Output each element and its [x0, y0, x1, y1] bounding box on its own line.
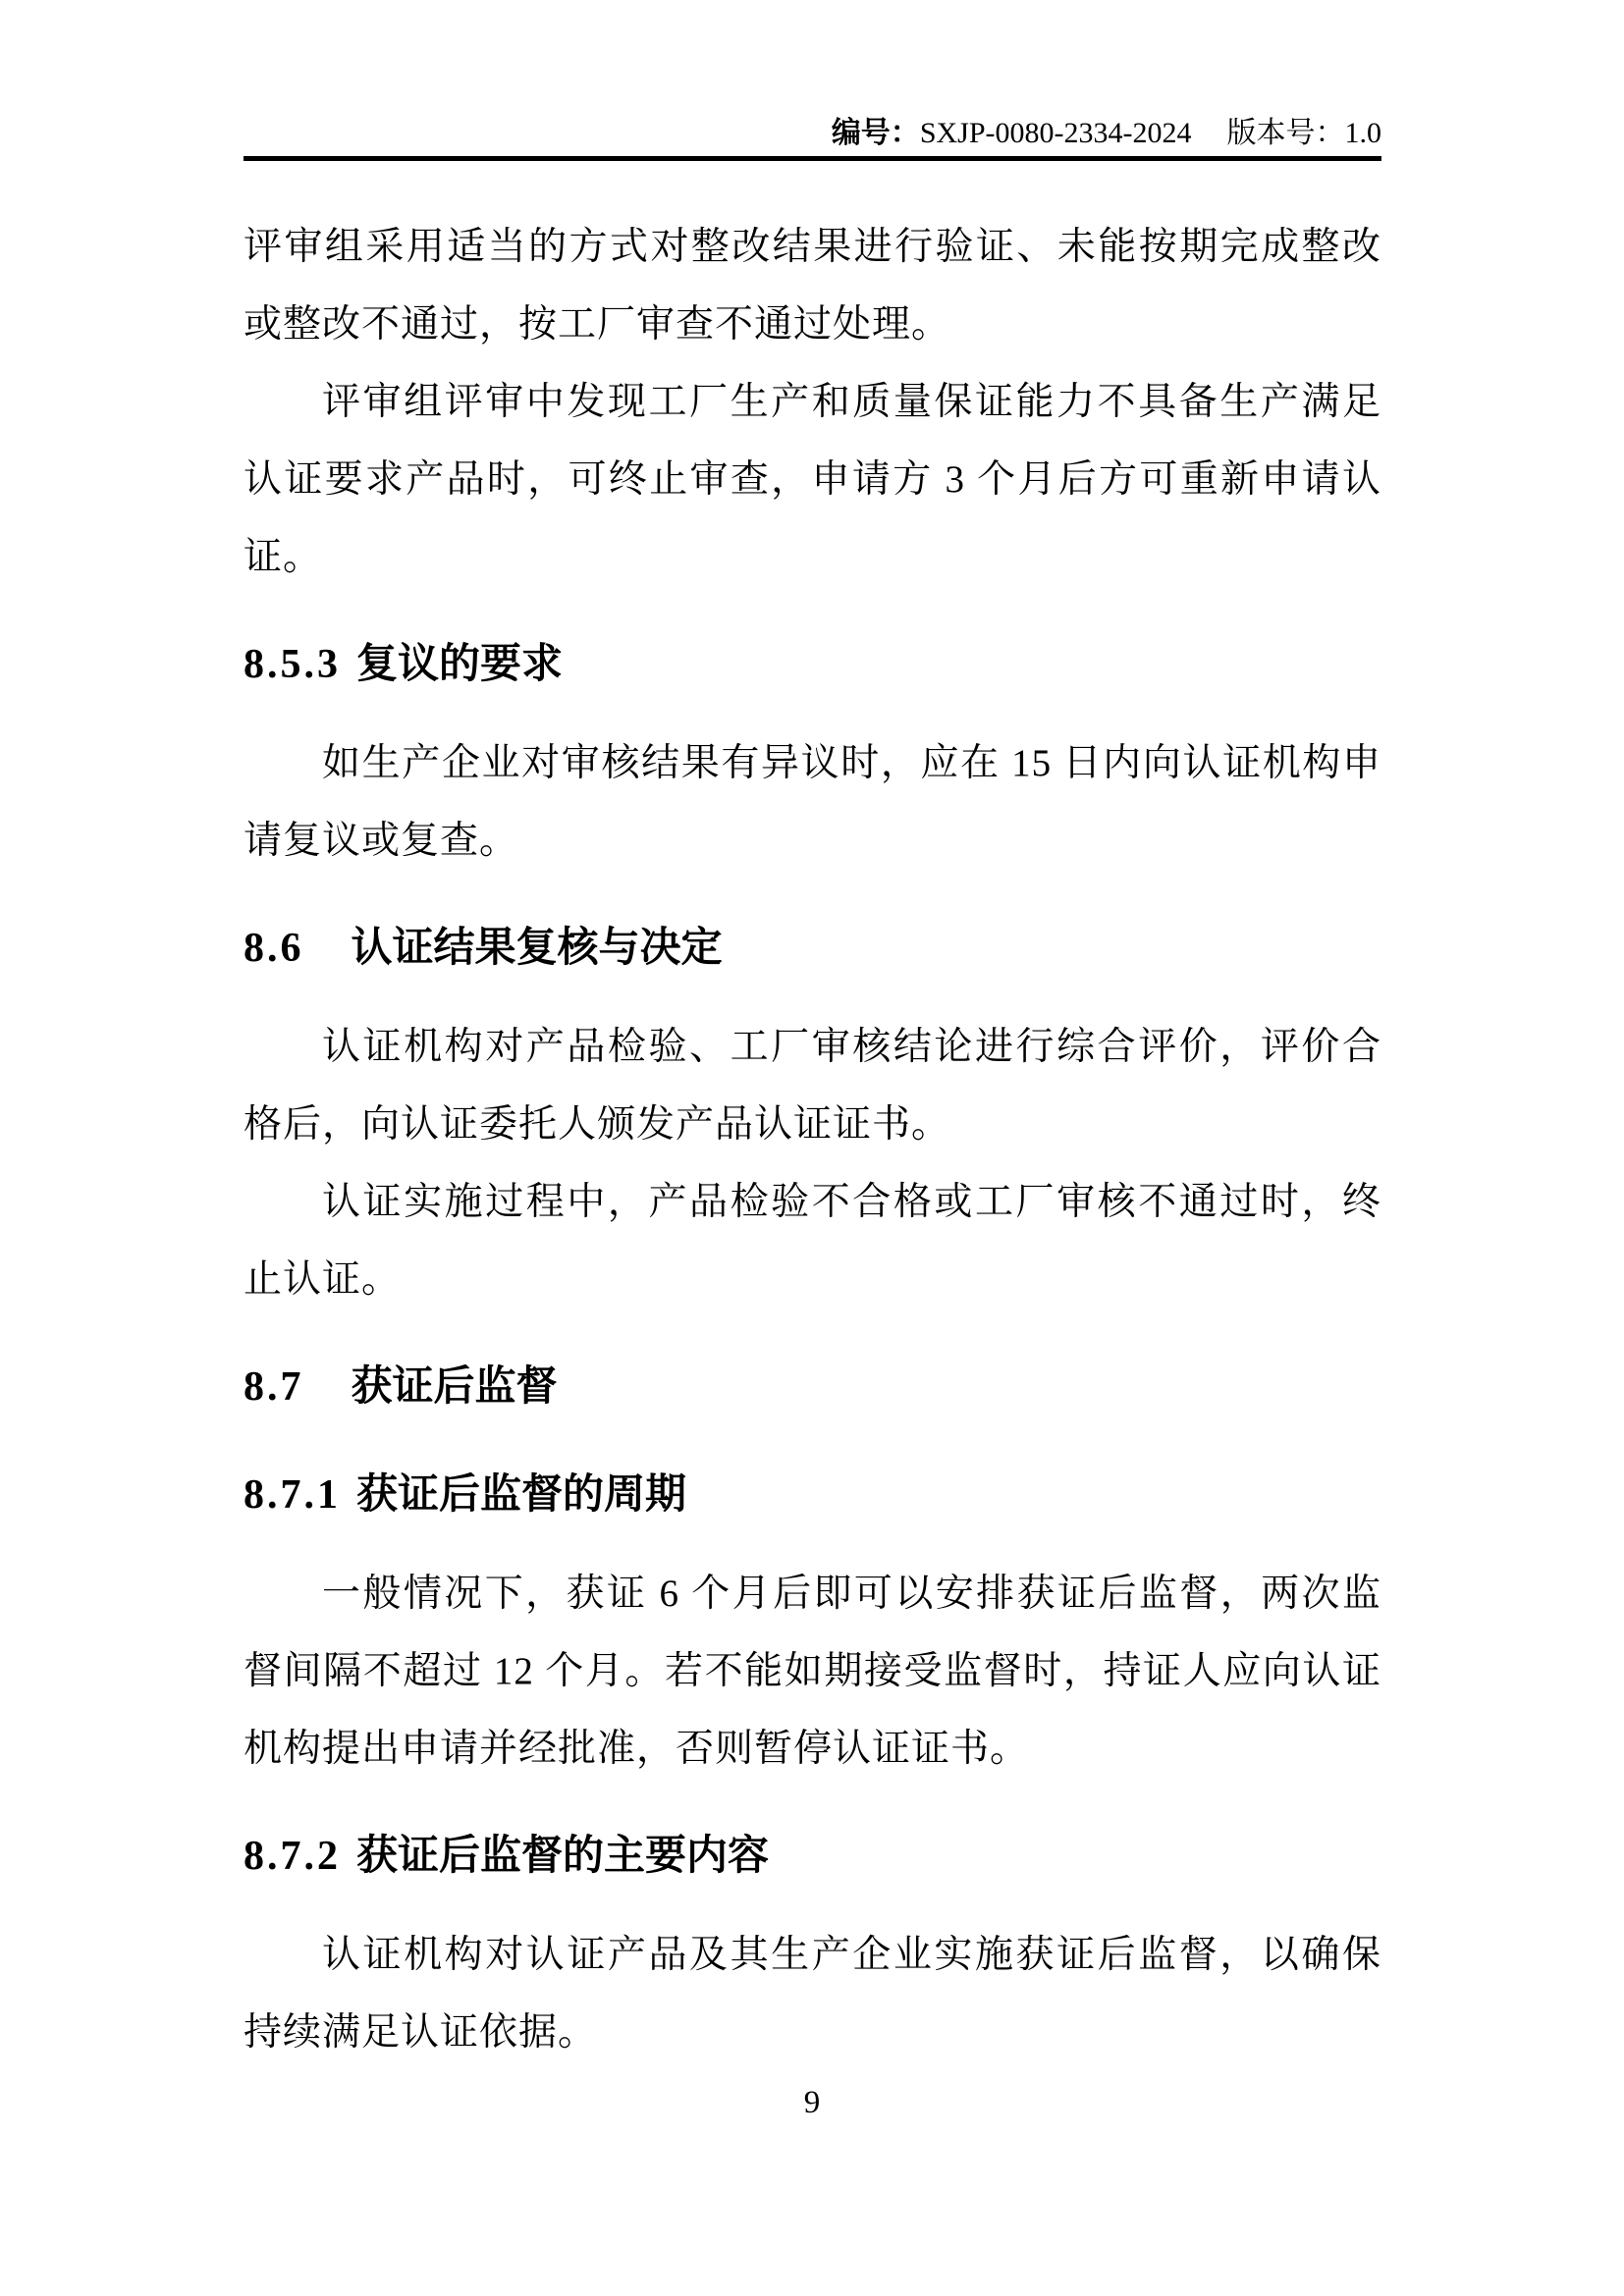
heading-number: 8.5.3 — [244, 626, 341, 704]
doc-code-label: 编号： — [832, 117, 920, 149]
document-page: 编号：SXJP-0080-2334-2024版本号：1.0 评审组采用适当的方式… — [0, 0, 1624, 2296]
paragraph: 认证实施过程中，产品检验不合格或工厂审核不通过时，终止认证。 — [244, 1163, 1381, 1318]
paragraph: 一般情况下，获证 6 个月后即可以安排获证后监督，两次监督间隔不超过 12 个月… — [244, 1555, 1381, 1788]
paragraph: 评审组评审中发现工厂生产和质量保证能力不具备生产满足认证要求产品时，可终止审查，… — [244, 363, 1381, 596]
heading-number: 8.7.2 — [244, 1818, 341, 1896]
paragraph: 认证机构对认证产品及其生产企业实施获证后监督，以确保持续满足认证依据。 — [244, 1916, 1381, 2071]
heading-title: 认证结果复核与决定 — [352, 910, 723, 988]
heading-number: 8.6 — [244, 910, 304, 988]
heading-8-6: 8.6 认证结果复核与决定 — [244, 910, 1381, 988]
header-rule — [244, 156, 1381, 161]
heading-8-7-2: 8.7.2 获证后监督的主要内容 — [244, 1818, 1381, 1896]
heading-8-7-1: 8.7.1 获证后监督的周期 — [244, 1457, 1381, 1534]
page-number: 9 — [0, 2083, 1624, 2122]
heading-title: 获证后监督 — [352, 1349, 558, 1426]
document-body: 评审组采用适当的方式对整改结果进行验证、未能按期完成整改或整改不通过，按工厂审查… — [244, 208, 1381, 2071]
doc-code: SXJP-0080-2334-2024 — [920, 117, 1192, 149]
page-header: 编号：SXJP-0080-2334-2024版本号：1.0 — [244, 115, 1381, 152]
paragraph: 评审组采用适当的方式对整改结果进行验证、未能按期完成整改或整改不通过，按工厂审查… — [244, 208, 1381, 363]
heading-title: 复议的要求 — [356, 626, 563, 704]
heading-title: 获证后监督的周期 — [356, 1457, 686, 1534]
heading-number: 8.7.1 — [244, 1457, 341, 1534]
heading-title: 获证后监督的主要内容 — [356, 1818, 769, 1896]
heading-number: 8.7 — [244, 1349, 304, 1426]
heading-8-5-3: 8.5.3 复议的要求 — [244, 626, 1381, 704]
doc-version: 1.0 — [1345, 117, 1382, 149]
paragraph: 如生产企业对审核结果有异议时，应在 15 日内向认证机构申请复议或复查。 — [244, 724, 1381, 880]
doc-version-label: 版本号： — [1227, 117, 1345, 149]
paragraph: 认证机构对产品检验、工厂审核结论进行综合评价，评价合格后，向认证委托人颁发产品认… — [244, 1008, 1381, 1163]
heading-8-7: 8.7 获证后监督 — [244, 1349, 1381, 1426]
